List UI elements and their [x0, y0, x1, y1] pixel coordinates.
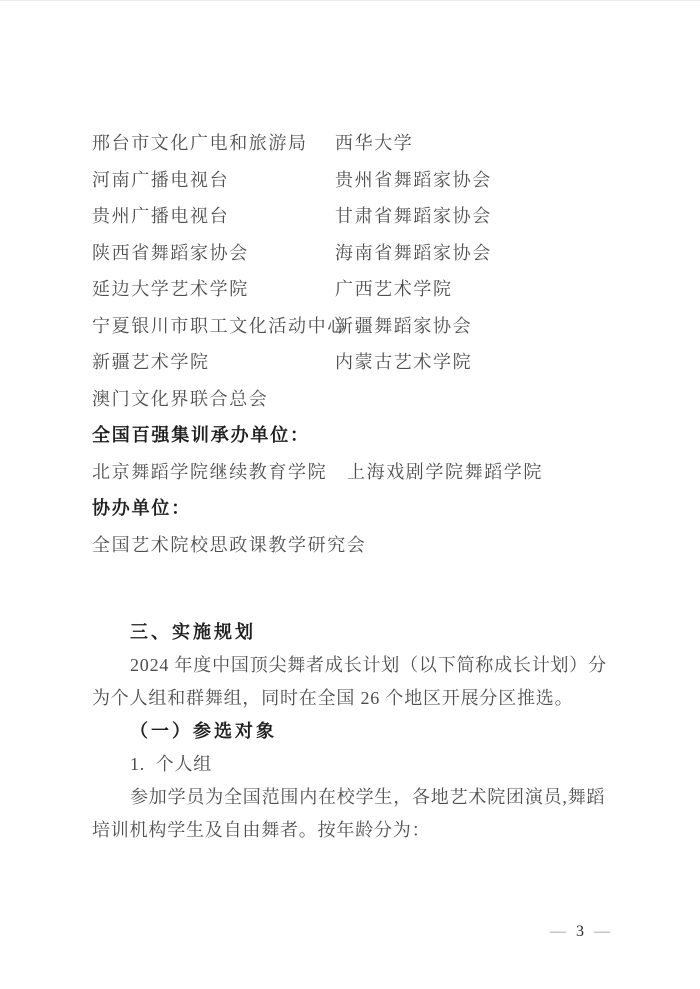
- org-name: 全国艺术院校思政课教学研究会: [92, 527, 335, 564]
- co-organizer-row: 全国艺术院校思政课教学研究会: [92, 527, 616, 564]
- org-name: 澳门文化界联合总会: [92, 381, 335, 418]
- org-name: 陕西省舞蹈家协会: [92, 235, 335, 272]
- org-name: 贵州广播电视台: [92, 198, 335, 235]
- page-number: —3—: [550, 923, 610, 941]
- host-units-heading: 全国百强集训承办单位：: [92, 417, 616, 454]
- org-name: 河南广播电视台: [92, 162, 335, 199]
- paragraph-line: 2024 年度中国顶尖舞者成长计划（以下简称成长计划）分: [92, 649, 616, 682]
- page-number-dash: —: [550, 923, 566, 940]
- document-content: 邢台市文化广电和旅游局 西华大学 河南广播电视台 贵州省舞蹈家协会 贵州广播电视…: [92, 125, 616, 847]
- list-item-label: 1. 个人组: [92, 748, 616, 781]
- paragraph-line: 为个人组和群舞组，同时在全国 26 个地区开展分区推选。: [92, 682, 616, 715]
- org-name: 贵州省舞蹈家协会: [335, 162, 492, 199]
- paragraph-line: 培训机构学生及自由舞者。按年龄分为：: [92, 814, 616, 847]
- document-page: 邢台市文化广电和旅游局 西华大学 河南广播电视台 贵州省舞蹈家协会 贵州广播电视…: [0, 0, 700, 989]
- org-name: 邢台市文化广电和旅游局: [92, 125, 335, 162]
- org-list-row: 贵州广播电视台 甘肃省舞蹈家协会: [92, 198, 616, 235]
- section-three: 三、实施规划 2024 年度中国顶尖舞者成长计划（以下简称成长计划）分 为个人组…: [92, 616, 616, 847]
- org-name: 西华大学: [335, 125, 413, 162]
- org-name: 甘肃省舞蹈家协会: [335, 198, 492, 235]
- org-list-row: 延边大学艺术学院 广西艺术学院: [92, 271, 616, 308]
- org-list-row: 邢台市文化广电和旅游局 西华大学: [92, 125, 616, 162]
- org-list-row: 河南广播电视台 贵州省舞蹈家协会: [92, 162, 616, 199]
- org-name: 广西艺术学院: [335, 271, 453, 308]
- org-list-row: 澳门文化界联合总会: [92, 381, 616, 418]
- org-name: 海南省舞蹈家协会: [335, 235, 492, 272]
- org-list-row: 新疆艺术学院 内蒙古艺术学院: [92, 344, 616, 381]
- section-title: 三、实施规划: [92, 616, 616, 649]
- page-number-dash: —: [594, 923, 610, 940]
- org-name: 上海戏剧学院舞蹈学院: [347, 454, 543, 491]
- org-list-row: 宁夏银川市职工文化活动中心 新疆舞蹈家协会: [92, 308, 616, 345]
- org-list-row: 陕西省舞蹈家协会 海南省舞蹈家协会: [92, 235, 616, 272]
- org-name: 新疆舞蹈家协会: [335, 308, 472, 345]
- org-name: 新疆艺术学院: [92, 344, 335, 381]
- org-name: 宁夏银川市职工文化活动中心: [92, 308, 335, 345]
- paragraph-line: 参加学员为全国范围内在校学生，各地艺术院团演员,舞蹈: [92, 781, 616, 814]
- host-units-row: 北京舞蹈学院继续教育学院 上海戏剧学院舞蹈学院: [92, 454, 616, 491]
- org-name: 北京舞蹈学院继续教育学院: [92, 454, 347, 491]
- page-number-value: 3: [576, 923, 584, 940]
- co-organizer-heading: 协办单位：: [92, 490, 616, 527]
- org-name: 内蒙古艺术学院: [335, 344, 472, 381]
- org-name: 延边大学艺术学院: [92, 271, 335, 308]
- sub-heading: （一）参选对象: [92, 715, 616, 748]
